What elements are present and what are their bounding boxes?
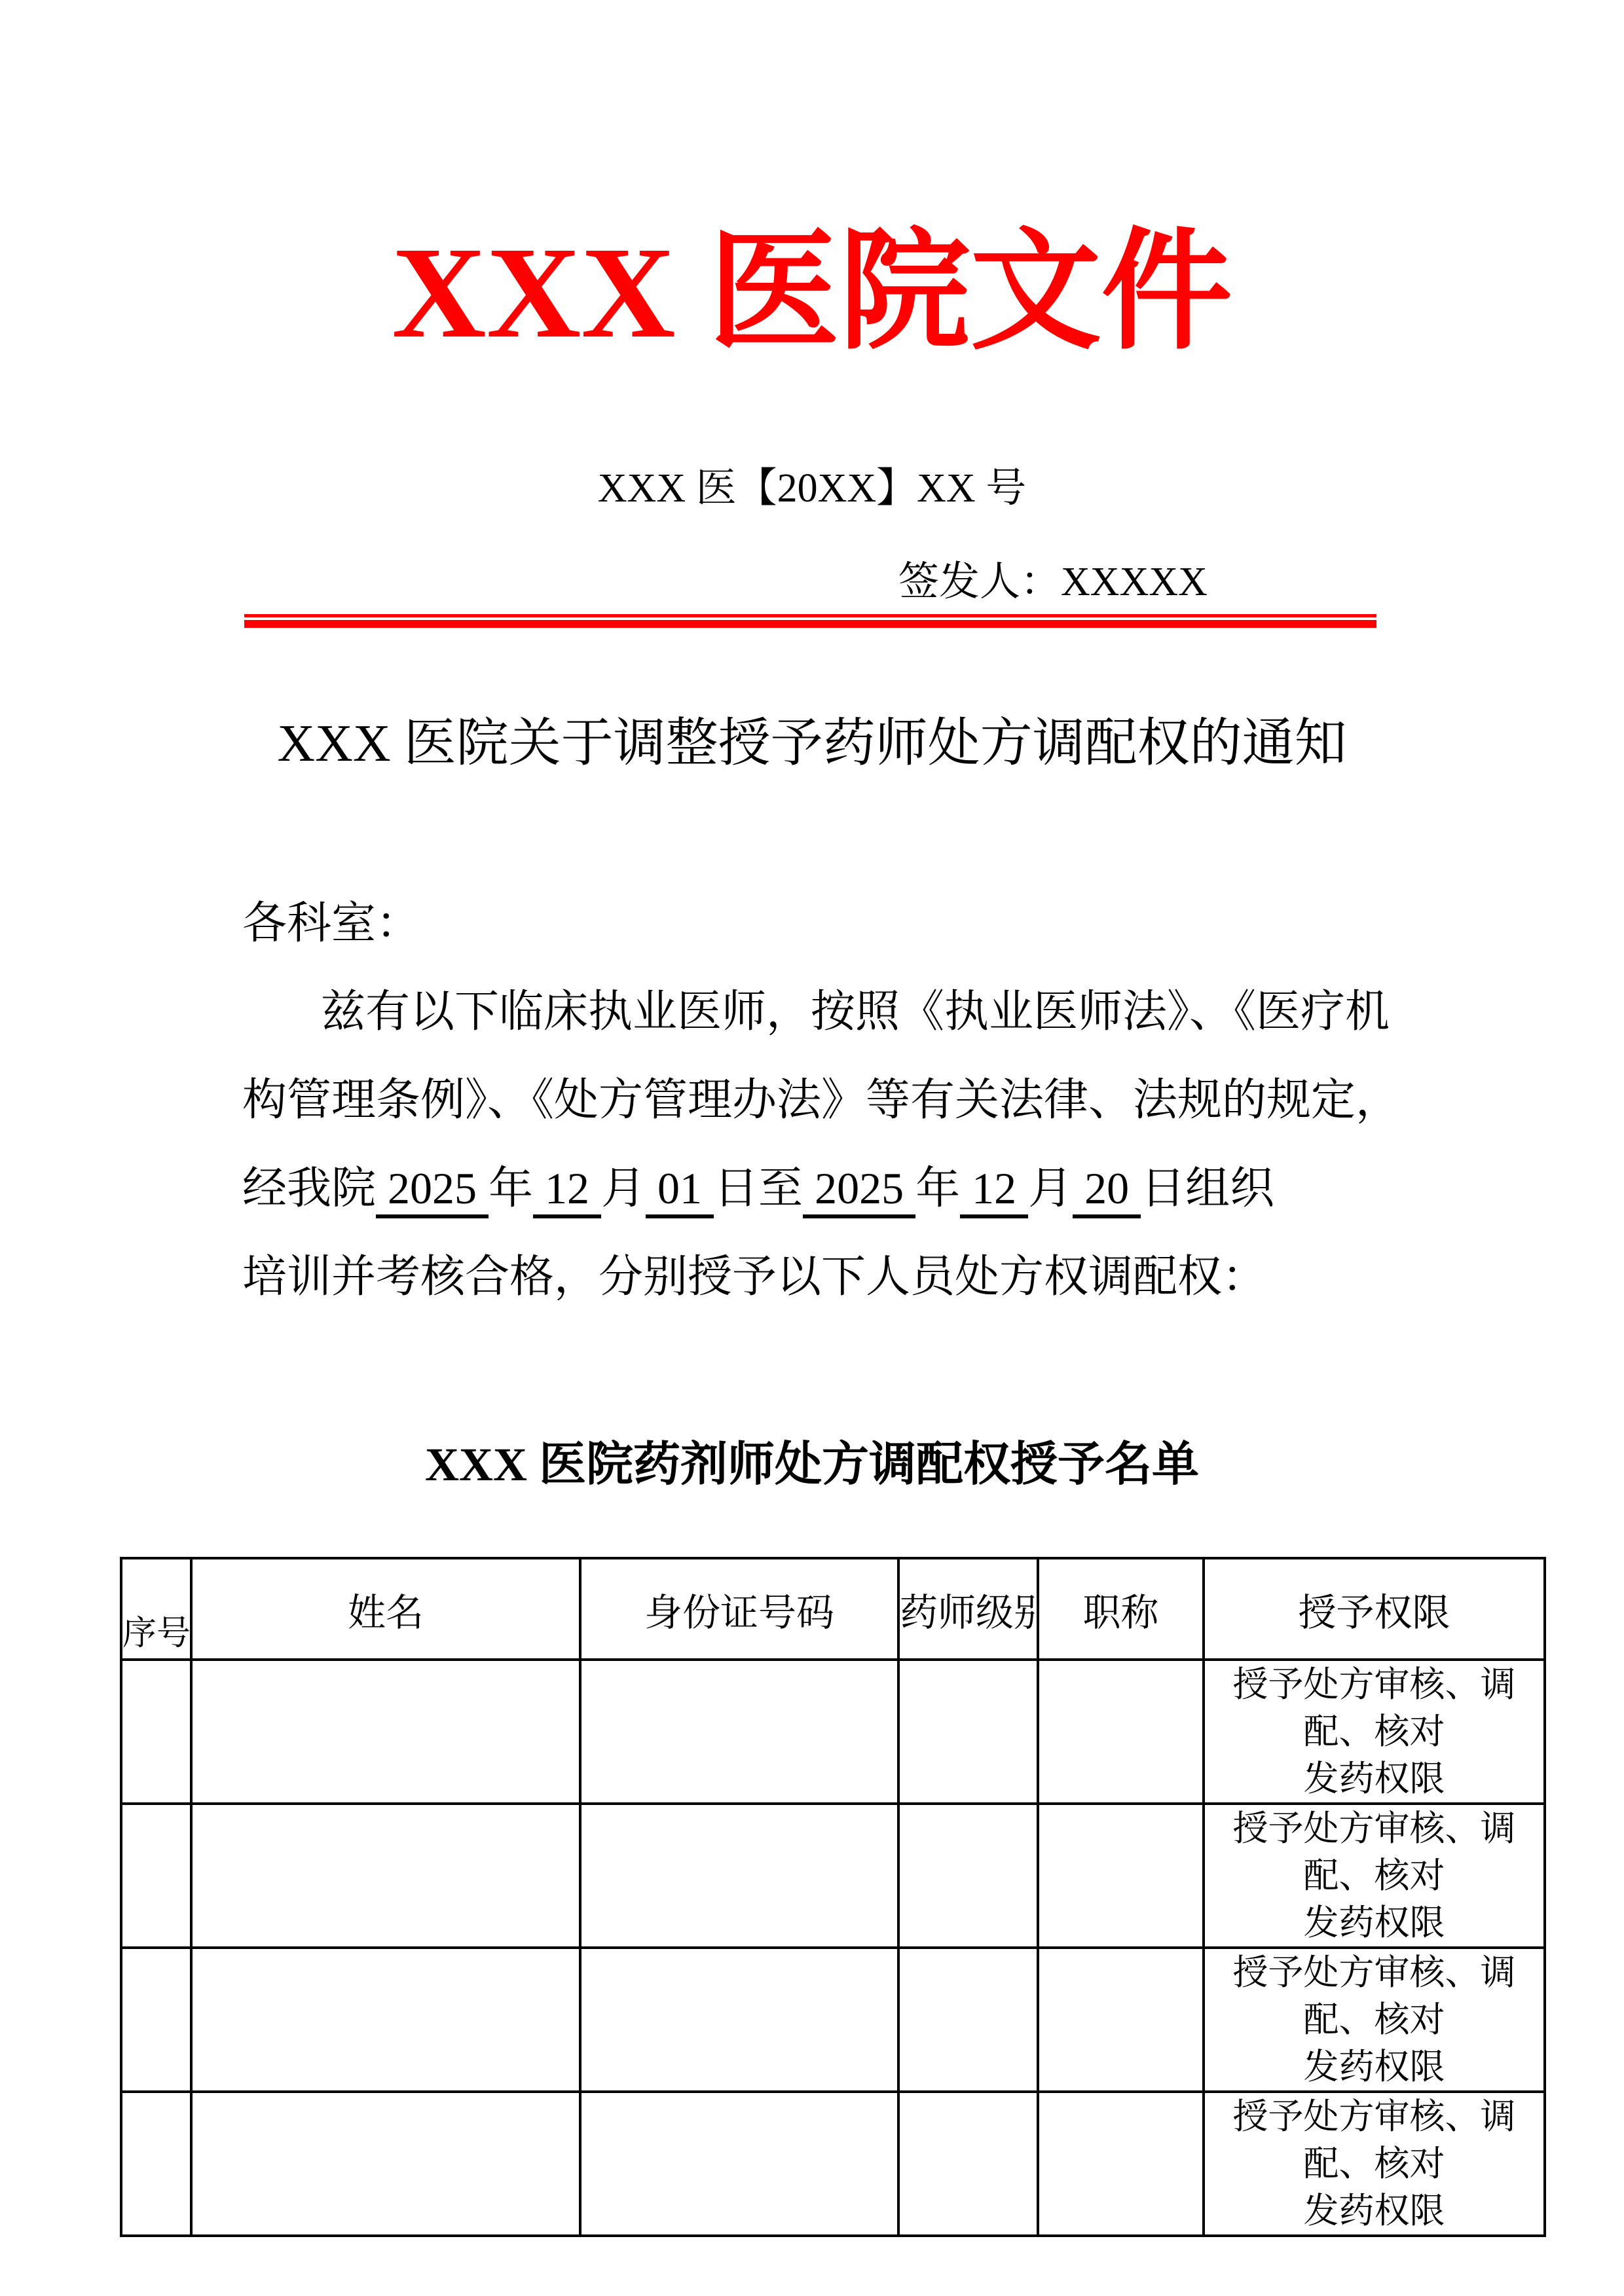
table-row: 授予处方审核、调配、核对 发药权限 [121,1660,1545,1804]
header-permission: 授予权限 [1204,1558,1545,1660]
permission-line-1: 授予处方审核、调配、核对 [1205,1661,1543,1755]
issuer-line: 签发人：XXXXX [898,552,1208,612]
date-blank-start-day: 01 [646,1163,714,1218]
red-rule-thick-line [244,620,1376,628]
header-name: 姓名 [191,1558,580,1660]
date-blank-end-month: 12 [960,1163,1028,1218]
cell-seq [121,1660,191,1804]
cell-pharmacist-level [898,1804,1038,1948]
cell-permission: 授予处方审核、调配、核对 发药权限 [1204,1948,1545,2092]
cell-name [191,1804,580,1948]
date-segment-text: 年 [915,1163,960,1213]
permission-line-2: 发药权限 [1205,2187,1543,2234]
cell-pharmacist-level [898,1660,1038,1804]
date-blank-end-year: 2025 [803,1163,915,1218]
table-row: 授予处方审核、调配、核对 发药权限 [121,1804,1545,1948]
cell-permission: 授予处方审核、调配、核对 发药权限 [1204,2092,1545,2236]
date-segment-text: 日组织 [1141,1163,1274,1213]
permission-line-1: 授予处方审核、调配、核对 [1205,1949,1543,2043]
document-page: XXX 医院文件 XXX 医【20XX】XX 号 签发人：XXXXX XXX 医… [0,0,1624,2296]
cell-pharmacist-level [898,2092,1038,2236]
header-id-number: 身份证号码 [580,1558,898,1660]
roster-table-title: XXX 医院药剂师处方调配权授予名单 [0,1430,1624,1499]
cell-id-number [580,1660,898,1804]
cell-name [191,1948,580,2092]
cell-pharmacist-level [898,1948,1038,2092]
cell-seq [121,2092,191,2236]
table-row: 授予处方审核、调配、核对 发药权限 [121,2092,1545,2236]
document-number: XXX 医【20XX】XX 号 [0,458,1624,519]
header-row: 序号 姓名 身份证号码 药师级别 职称 授予权限 [121,1558,1545,1660]
cell-name [191,1660,580,1804]
header-job-title: 职称 [1038,1558,1204,1660]
header-pharmacist-level: 药师级别 [898,1558,1038,1660]
cell-id-number [580,1804,898,1948]
date-blank-start-year: 2025 [376,1163,489,1218]
red-separator-rule [244,614,1376,628]
date-blank-end-day: 20 [1073,1163,1141,1218]
body-salutation: 各科室： [242,892,420,955]
date-segment-text: 月 [1028,1163,1073,1213]
hospital-banner-title: XXX 医院文件 [0,216,1624,370]
permission-line-1: 授予处方审核、调配、核对 [1205,2093,1543,2187]
body-intro-line-2: 构管理条例》、《处方管理办法》等有关法律、法规的规定， [242,1068,1400,1131]
body-closing-line: 培训并考核合格，分别授予以下人员处方权调配权： [242,1245,1266,1308]
cell-name [191,2092,580,2236]
date-segment-text: 年 [489,1163,533,1213]
cell-seq [121,1804,191,1948]
table-row: 授予处方审核、调配、核对 发药权限 [121,1948,1545,2092]
cell-permission: 授予处方审核、调配、核对 发药权限 [1204,1804,1545,1948]
issuer-label: 签发人： [898,560,1061,604]
date-segment-text: 月 [601,1163,646,1213]
cell-seq [121,1948,191,2092]
permission-line-2: 发药权限 [1205,2043,1543,2090]
date-segment-text: 经我院 [242,1163,376,1213]
permission-line-2: 发药权限 [1205,1755,1543,1802]
header-seq: 序号 [121,1558,191,1660]
authorization-roster-table: 序号 姓名 身份证号码 药师级别 职称 授予权限 授予处方审核、调配、核对 发药… [120,1557,1546,2237]
body-date-line: 经我院2025年12月01日至2025年12月20日组织 [242,1157,1274,1220]
cell-job-title [1038,1804,1204,1948]
permission-line-2: 发药权限 [1205,1899,1543,1946]
cell-permission: 授予处方审核、调配、核对 发药权限 [1204,1660,1545,1804]
cell-job-title [1038,2092,1204,2236]
cell-id-number [580,1948,898,2092]
body-intro-line-1: 兹有以下临床执业医师，按照《执业医师法》、《医疗机 [321,980,1390,1043]
cell-job-title [1038,1948,1204,2092]
permission-line-1: 授予处方审核、调配、核对 [1205,1805,1543,1899]
date-blank-start-month: 12 [533,1163,601,1218]
cell-job-title [1038,1660,1204,1804]
cell-id-number [580,2092,898,2236]
notice-title: XXX 医院关于调整授予药师处方调配权的通知 [0,707,1624,780]
date-segment-text: 日至 [714,1163,803,1213]
issuer-name: XXXXX [1061,560,1208,604]
